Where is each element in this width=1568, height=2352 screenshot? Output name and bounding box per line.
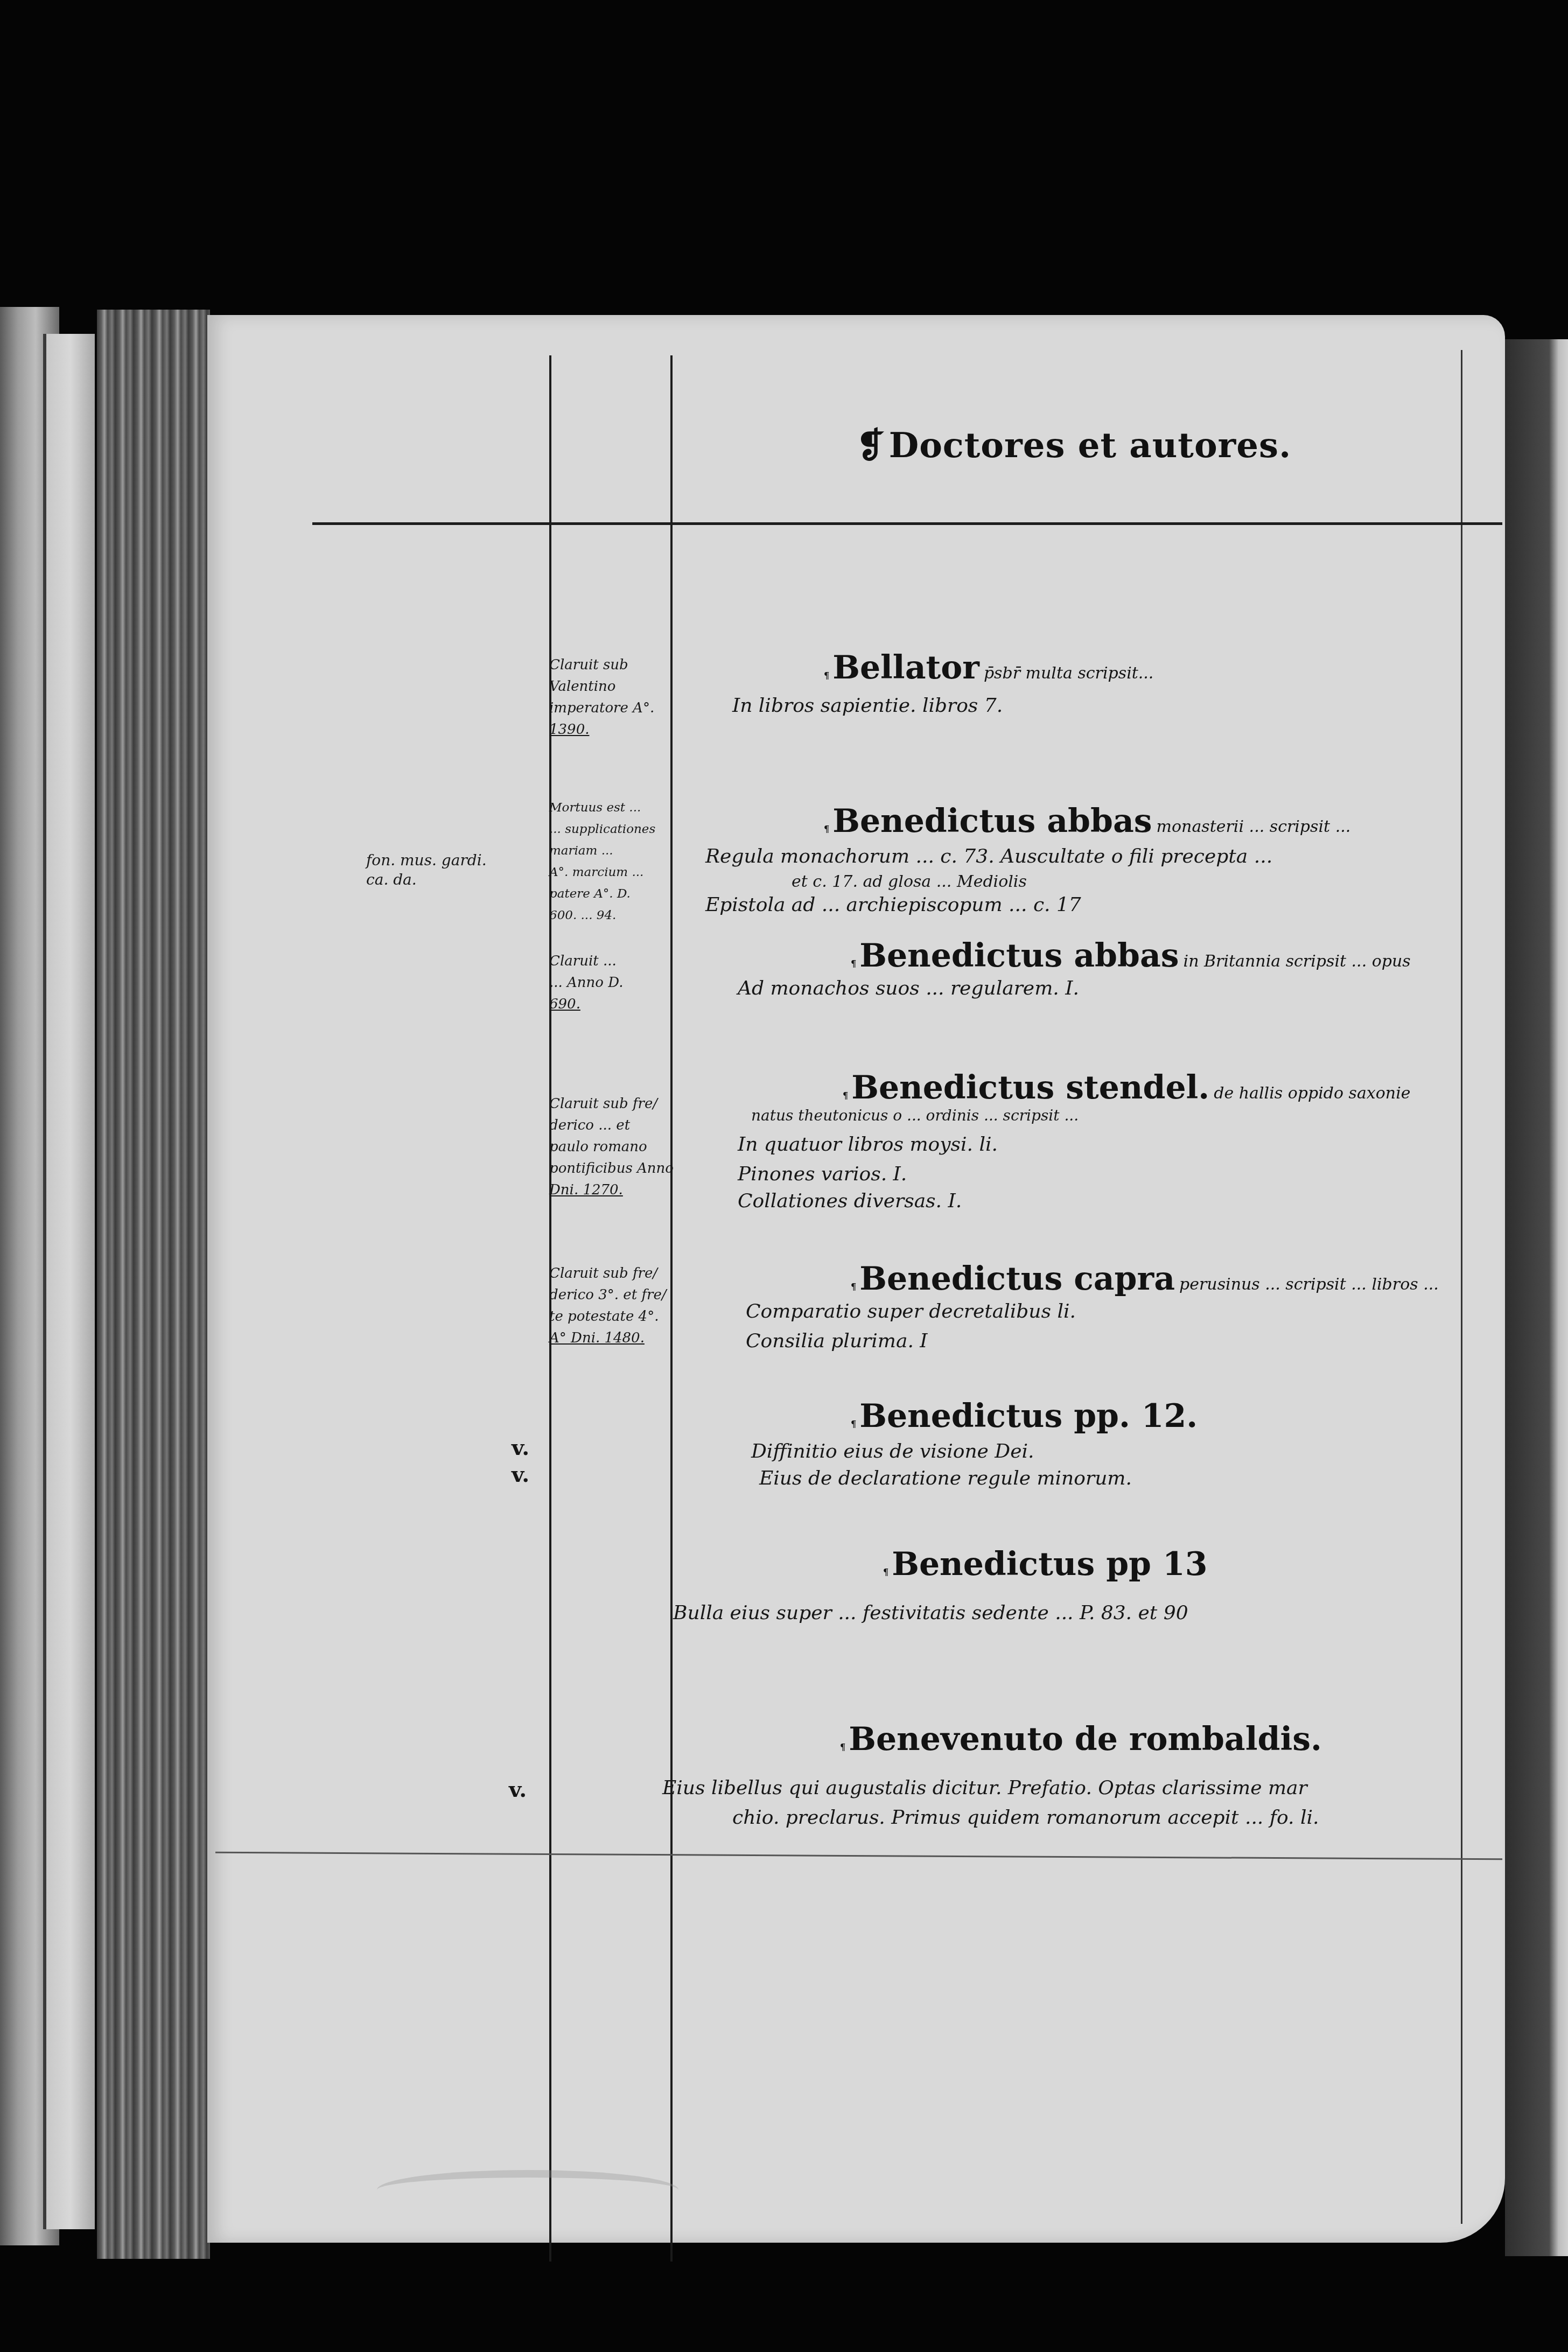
ruling-line-vertical-3 [1461, 350, 1462, 2224]
entry-line: Eius libellus qui augustalis dicitur. Pr… [662, 1777, 1307, 1799]
margin-sigil: v. [509, 1777, 527, 1802]
page-title-text: Doctores et autores. [889, 425, 1292, 466]
entry-line: Consilia plurima. I [746, 1330, 928, 1352]
paragraph-mark-icon: ¶ [824, 670, 829, 681]
entry-line: et c. 17. ad glosa ... Mediolis [792, 872, 1027, 891]
margin-note: Mortuus est ... ... supplicationes maria… [549, 797, 673, 926]
entry-line: In quatuor libros moysi. li. [738, 1133, 998, 1156]
entry-line: Ad monachos suos ... regularem. I. [738, 977, 1079, 999]
margin-note: Claruit sub fre/ derico 3°. et fre/ te p… [549, 1263, 673, 1349]
paragraph-mark-icon: ❡ [856, 425, 886, 466]
entry-line: natus theutonicus o ... ordinis ... scri… [751, 1107, 1079, 1124]
paragraph-mark-icon: ¶ [840, 1742, 845, 1752]
entry-line: Eius de declaratione regule minorum. [759, 1467, 1132, 1489]
outer-margin-note: fon. mus. gardi. ca. da. [366, 851, 487, 890]
entry-heading: ¶Benedictus pp 13 [883, 1545, 1207, 1583]
margin-sigil: v. [512, 1462, 529, 1487]
margin-note: Claruit sub fre/ derico ... et paulo rom… [549, 1093, 673, 1201]
water-stain [377, 2170, 678, 2210]
entry-heading: ¶Benedictus abbasmonasterii ... scripsit… [824, 802, 1350, 840]
entry-line: Diffinitio eius de visione Dei. [751, 1440, 1034, 1462]
entry-line: Bulla eius super ... festivitatis sedent… [673, 1602, 1188, 1624]
page-edges-stack [97, 310, 210, 2259]
book-board-left [43, 334, 95, 2229]
entry-line: Pinones varios. I. [738, 1163, 907, 1185]
entry-heading: ¶Benedictus stendel.de hallis oppido sax… [843, 1069, 1410, 1107]
paragraph-mark-icon: ¶ [843, 1090, 848, 1101]
entry-heading: ¶Benevenuto de rombaldis. [840, 1720, 1322, 1758]
entry-line: Epistola ad ... archiepiscopum ... c. 17 [705, 894, 1081, 916]
entry-heading: ¶Benedictus capraperusinus ... scripsit … [851, 1260, 1439, 1298]
paragraph-mark-icon: ¶ [851, 1282, 856, 1292]
paragraph-mark-icon: ¶ [851, 958, 856, 969]
margin-note: Claruit ... ... Anno D. 690. [549, 950, 673, 1015]
entry-heading: ¶Benedictus abbasin Britannia scripsit .… [851, 937, 1411, 975]
page-title: ❡Doctores et autores. [856, 425, 1291, 466]
entry-line: Collationes diversas. I. [738, 1190, 962, 1212]
entry-line: chio. preclarus. Primus quidem romanorum… [732, 1807, 1319, 1829]
ruling-line-top [312, 522, 1502, 525]
entry-line: Regula monachorum ... c. 73. Auscultate … [705, 845, 1272, 867]
margin-note: Claruit sub Valentino imperatore A°. 139… [549, 654, 673, 740]
next-page-edge [1505, 339, 1568, 2256]
entry-heading: ¶Bellatorp̄sbr̄ multa scripsit... [824, 649, 1153, 687]
paragraph-mark-icon: ¶ [851, 1419, 856, 1429]
entry-heading: ¶Benedictus pp. 12. [851, 1397, 1198, 1435]
paragraph-mark-icon: ¶ [824, 824, 829, 834]
entry-line: Comparatio super decretalibus li. [746, 1300, 1076, 1322]
paragraph-mark-icon: ¶ [883, 1567, 888, 1577]
margin-sigil: v. [512, 1435, 529, 1460]
entry-line: In libros sapientie. libros 7. [732, 695, 1003, 717]
